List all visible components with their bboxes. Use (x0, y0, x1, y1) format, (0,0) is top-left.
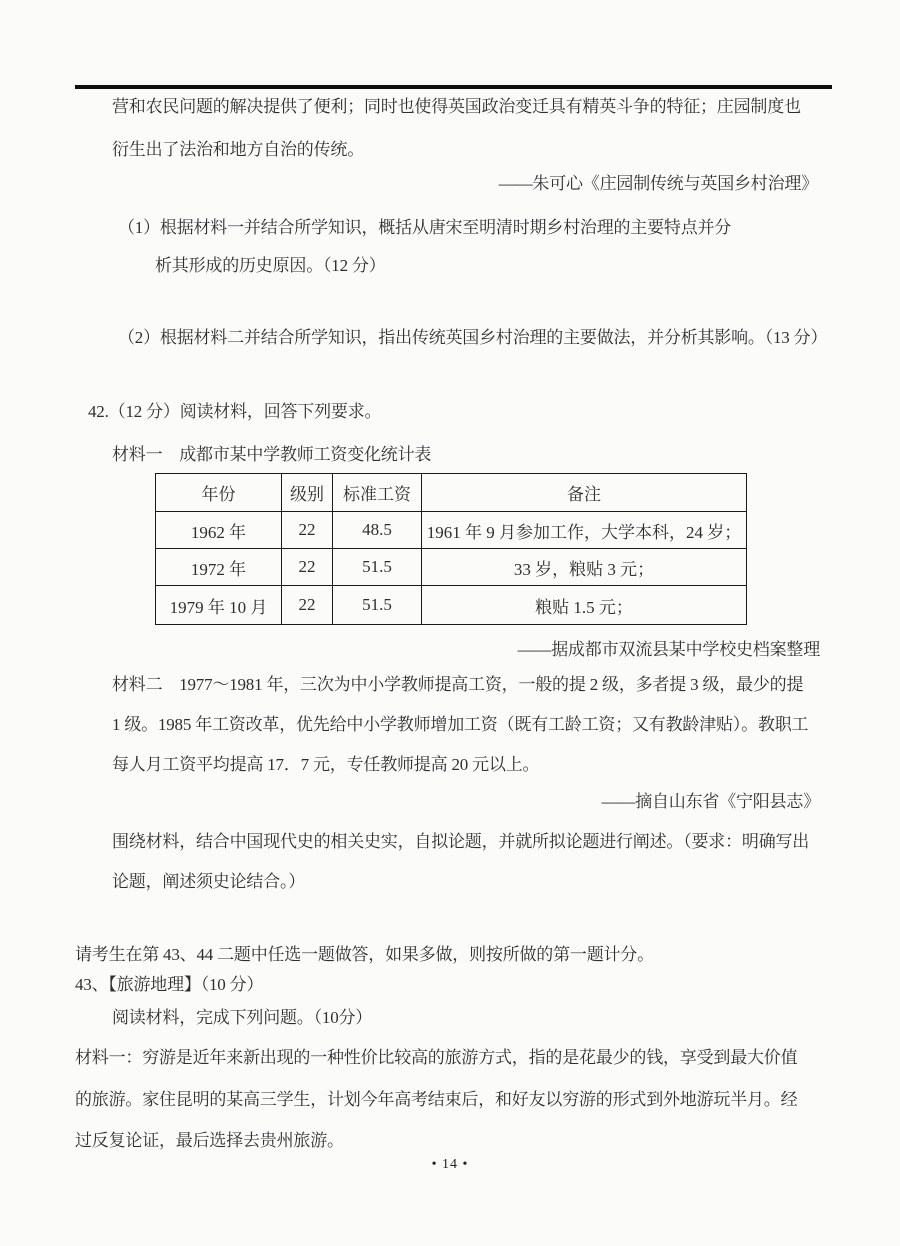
table-cell: 1979 年 10 月 (156, 586, 282, 625)
table-cell: 1962 年 (156, 512, 282, 549)
question-42-heading: 42.（12 分）阅读材料，回答下列要求。 (88, 400, 381, 424)
continued-paragraph-line-1: 营和农民问题的解决提供了便利；同时也使得英国政治变迁具有精英斗争的特征；庄园制度… (112, 95, 801, 119)
question-43-material-line-3: 过反复论证，最后选择去贵州旅游。 (75, 1129, 344, 1153)
exam-page: 营和农民问题的解决提供了便利；同时也使得英国政治变迁具有精英斗争的特征；庄园制度… (0, 0, 900, 1246)
table-header-grade: 级别 (282, 474, 333, 512)
material-2-line-1: 材料二 1977～1981 年，三次为中小学教师提高工资，一般的提 2 级，多者… (112, 673, 803, 697)
question-41-part1-line-1: （1）根据材料一并结合所学知识，概括从唐宋至明清时期乡村治理的主要特点并分 (118, 216, 731, 240)
table-cell: 33 岁，粮贴 3 元； (422, 549, 747, 586)
question-43-subheading: 阅读材料，完成下列问题。（10分） (112, 1006, 372, 1030)
source-citation-school-archive: ——据成都市双流县某中学校史档案整理 (518, 638, 820, 662)
table-row: 1962 年 22 48.5 1961 年 9 月参加工作，大学本科，24 岁； (156, 512, 747, 549)
table-cell: 48.5 (333, 512, 422, 549)
table-header-row: 年份 级别 标准工资 备注 (156, 474, 747, 512)
table-row: 1979 年 10 月 22 51.5 粮贴 1.5 元； (156, 586, 747, 625)
header-rule (75, 85, 832, 89)
question-42-task-line-1: 围绕材料，结合中国现代史的相关史实，自拟论题，并就所拟论题进行阐述。（要求：明确… (112, 830, 809, 854)
table-cell: 22 (282, 549, 333, 586)
table-cell: 51.5 (333, 549, 422, 586)
table-header-salary: 标准工资 (333, 474, 422, 512)
table-cell: 22 (282, 512, 333, 549)
table-cell: 粮贴 1.5 元； (422, 586, 747, 625)
material-2-line-3: 每人月工资平均提高 17．7 元，专任教师提高 20 元以上。 (112, 753, 539, 777)
source-citation-ningyang-county: ——摘自山东省《宁阳县志》 (602, 790, 820, 814)
table-row: 1972 年 22 51.5 33 岁，粮贴 3 元； (156, 549, 747, 586)
question-43-material-line-2: 的旅游。家住昆明的某高三学生，计划今年高考结束后，和好友以穷游的形式到外地游玩半… (75, 1088, 797, 1112)
table-cell: 51.5 (333, 586, 422, 625)
question-42-task-line-2: 论题，阐述须史论结合。） (112, 870, 305, 894)
table-header-year: 年份 (156, 474, 282, 512)
material-1-title: 材料一 成都市某中学教师工资变化统计表 (112, 443, 431, 467)
page-number: • 14 • (0, 1157, 900, 1173)
question-43-material-line-1: 材料一：穷游是近年来新出现的一种性价比较高的旅游方式，指的是花最少的钱，享受到最… (75, 1046, 797, 1070)
table-cell: 22 (282, 586, 333, 625)
salary-table: 年份 级别 标准工资 备注 1962 年 22 48.5 1961 年 9 月参… (155, 473, 747, 625)
optional-question-note: 请考生在第 43、44 二题中任选一题做答，如果多做，则按所做的第一题计分。 (75, 943, 654, 967)
table-cell: 1972 年 (156, 549, 282, 586)
question-41-part1-line-2: 析其形成的历史原因。（12 分） (155, 254, 386, 278)
table-cell: 1961 年 9 月参加工作，大学本科，24 岁； (422, 512, 747, 549)
question-41-part2: （2）根据材料二并结合所学知识，指出传统英国乡村治理的主要做法，并分析其影响。（… (118, 326, 827, 350)
question-43-heading: 43、【旅游地理】（10 分） (75, 973, 263, 997)
continued-paragraph-line-2: 衍生出了法治和地方自治的传统。 (112, 138, 364, 162)
table-header-notes: 备注 (422, 474, 747, 512)
source-citation-manor-tradition: ——朱可心《庄园制传统与英国乡村治理》 (499, 172, 818, 196)
material-2-line-2: 1 级。1985 年工资改革，优先给中小学教师增加工资（既有工龄工资；又有教龄津… (112, 713, 808, 737)
